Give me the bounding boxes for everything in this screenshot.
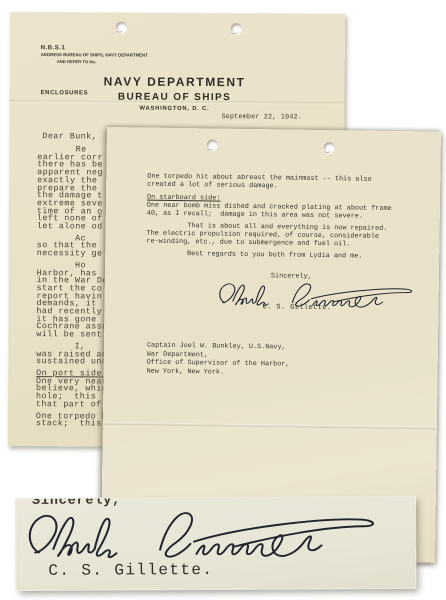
form-number: N.B.S.1 — [41, 45, 190, 52]
paragraph: One torpedo hit about abreast the mainma… — [147, 174, 392, 193]
punch-hole — [231, 23, 242, 34]
paragraph: I, was raised an sustained und — [36, 343, 107, 366]
letterhead-form-stamp: N.B.S.1 ADDRESS BUREAU OF SHIPS, NAVY DE… — [41, 45, 190, 67]
paragraph: Re earlier corr there has be apparent ne… — [37, 146, 109, 231]
refer-line: AND REFER TO No. — [57, 60, 150, 65]
paragraph: Best regards to you both from Lydia and … — [146, 251, 391, 262]
typed-signature-name: C. S. Gillette. — [48, 561, 213, 580]
letter-2-body: One torpedo hit about abreast the mainma… — [146, 174, 392, 263]
address-line: ADDRESS BUREAU OF SHIPS, NAVY DEPARTMENT — [41, 53, 148, 58]
paragraph: One near bomb miss dished and cracked pl… — [147, 203, 392, 222]
signature-closeup-crop: Sincerely, C. S. Gillette. — [16, 497, 415, 590]
letter-1-body: Re earlier corr there has be apparent ne… — [36, 146, 109, 432]
punch-hole — [207, 139, 218, 150]
recipient-address-block: Captain Joel W. Bunkley, U.S.Navy, War D… — [147, 342, 290, 378]
paper-fold-crease — [103, 422, 437, 431]
paragraph: That is about all and everything is now … — [146, 223, 391, 250]
typed-signature-name: C. S. Gillette. — [262, 303, 331, 312]
letterhead: NAVY DEPARTMENT BUREAU OF SHIPS WASHINGT… — [69, 74, 279, 112]
letterhead-department: NAVY DEPARTMENT — [70, 74, 280, 89]
paragraph: One very near believe, whic hole; this t… — [36, 378, 107, 409]
salutation: Dear Bunk, — [42, 131, 97, 141]
handwritten-signature — [24, 506, 400, 566]
paragraph: Ac so that the necessity ge — [37, 235, 108, 258]
punch-hole — [116, 22, 127, 33]
document-photo: N.B.S.1 ADDRESS BUREAU OF SHIPS, NAVY DE… — [0, 0, 446, 600]
paragraph: One torpedo h stack; this — [36, 413, 107, 429]
letterhead-city: WASHINGTON, D. C. — [69, 105, 279, 112]
letter-date: September 22, 1942. — [221, 113, 302, 121]
letterhead-bureau: BUREAU OF SHIPS — [70, 91, 280, 103]
punch-hole — [324, 142, 335, 153]
paragraph: Ho Harbor, has in the War De start the c… — [36, 262, 108, 339]
